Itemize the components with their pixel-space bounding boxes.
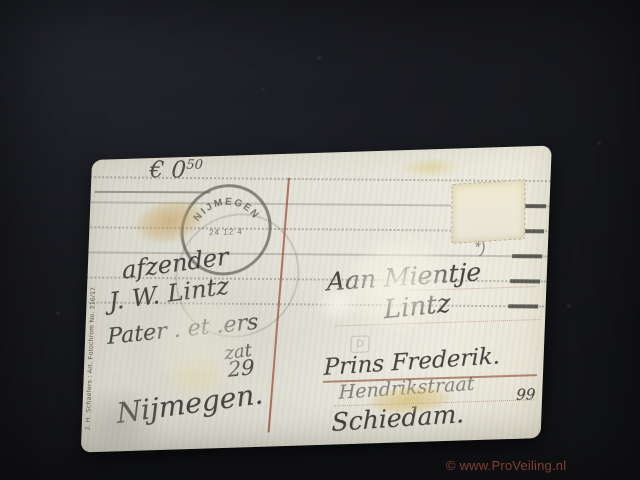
paper-peel-patch [313,284,362,324]
message-line-housenumber: 29 [227,355,254,382]
address-rule [323,374,537,383]
stamp-outline [451,179,525,244]
dust-specks [0,0,2,2]
faint-postmark-ring [173,211,302,339]
cancellation-line [81,301,544,330]
postmark-town: NIJMEGEN [191,195,262,223]
postcard-back: NIJMEGEN 24 12 4 € 050 J. H. Schaefers :… [81,146,552,453]
cancellation-line [83,201,551,230]
address-rule [404,286,536,291]
price-annotation: € 050 [149,157,204,183]
postmark-date: 24 12 4 [209,227,243,237]
message-line-street2: zat [224,340,253,365]
asterisk-mark: *) [472,239,487,259]
svg-text:NIJMEGEN: NIJMEGEN [191,195,262,223]
auction-photo: NIJMEGEN 24 12 4 € 050 J. H. Schaefers :… [0,0,640,480]
cancellation-line [85,176,551,205]
address-house-number: 99 [516,385,536,404]
price-value: 0 [170,157,187,183]
address-line-street1: Prins Frederik. [324,343,500,381]
glue-stain [366,383,454,417]
price-cents: 50 [186,158,204,173]
message-line-sender-name: J. W. Lintz [108,272,230,316]
publisher-imprint: J. H. Schaefers : Art. Fotochrom No. 216… [85,212,100,431]
message-line-afzender: afzender [121,242,229,284]
address-line-recipient: Aan Mientje [327,257,481,296]
cancellation-line [81,276,546,305]
address-rule [335,319,540,326]
cancellation-line [81,226,550,255]
glue-stain [399,156,462,178]
message-line-city: Nijmegen. [116,377,265,430]
paper-peel-patch [145,289,259,395]
cancellation-line [81,251,548,280]
address-line-street2: Hendrikstraat [339,373,475,404]
paper-peel-patch [340,234,456,336]
address-line-city: Schiedam. [331,399,464,437]
cancellation-lines [81,176,552,330]
postmark-stamp: NIJMEGEN 24 12 4 [176,180,276,279]
discoloration-stain [163,352,231,402]
address-line-surname: Lintz [383,289,450,326]
watermark: © www.ProVeiling.nl [446,458,566,473]
address-divider-line [268,178,290,433]
price-underline [95,191,211,193]
address-rule [334,399,534,406]
currency-symbol: € [149,157,166,183]
message-line-street: Pater . et .ers [107,310,259,350]
d-postal-mark: D [350,335,370,353]
tape-stain [131,193,208,251]
postmark-circle [180,184,271,275]
corner-shadow [81,382,166,453]
